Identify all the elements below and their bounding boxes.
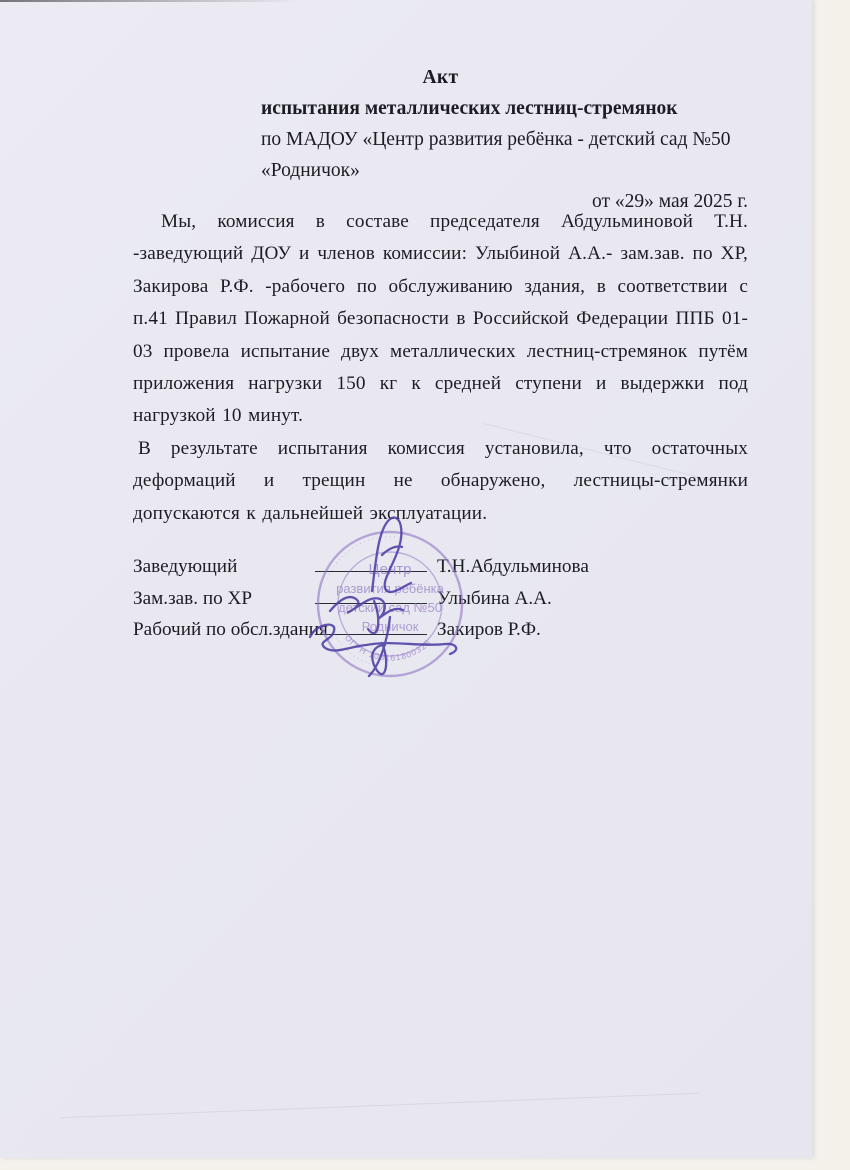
signature-role: Зам.зав. по ХР — [133, 583, 315, 615]
stamp-center-line3: детский сад №50 — [338, 600, 442, 615]
scanned-document: { "document": { "title": "Акт", "subtitl… — [0, 0, 850, 1170]
signature-ink — [310, 518, 456, 676]
signature-role: Рабочий по обсл.здания — [133, 614, 315, 646]
stamp-and-signatures-overlay: · · · · · · · · · · · · · · · · · · · · … — [290, 495, 490, 705]
paper-crease — [60, 1093, 700, 1119]
document-subtitle: испытания металлических лестниц-стремяно… — [261, 93, 748, 124]
scan-edge-artifact — [0, 0, 300, 2]
paragraph-commission: Мы, комиссия в составе председателя Абду… — [133, 206, 748, 433]
title-block: Акт испытания металлических лестниц-стре… — [133, 62, 748, 217]
stamp-center-line2: развития ребёнка — [336, 581, 444, 596]
round-stamp: · · · · · · · · · · · · · · · · · · · · … — [318, 532, 462, 676]
document-title: Акт — [133, 62, 748, 93]
signature-role: Заведующий — [133, 551, 315, 583]
body-text: Мы, комиссия в составе председателя Абду… — [133, 206, 748, 530]
organization-line: по МАДОУ «Центр развития ребёнка - детск… — [261, 124, 748, 186]
document-page: Акт испытания металлических лестниц-стре… — [0, 0, 812, 1158]
